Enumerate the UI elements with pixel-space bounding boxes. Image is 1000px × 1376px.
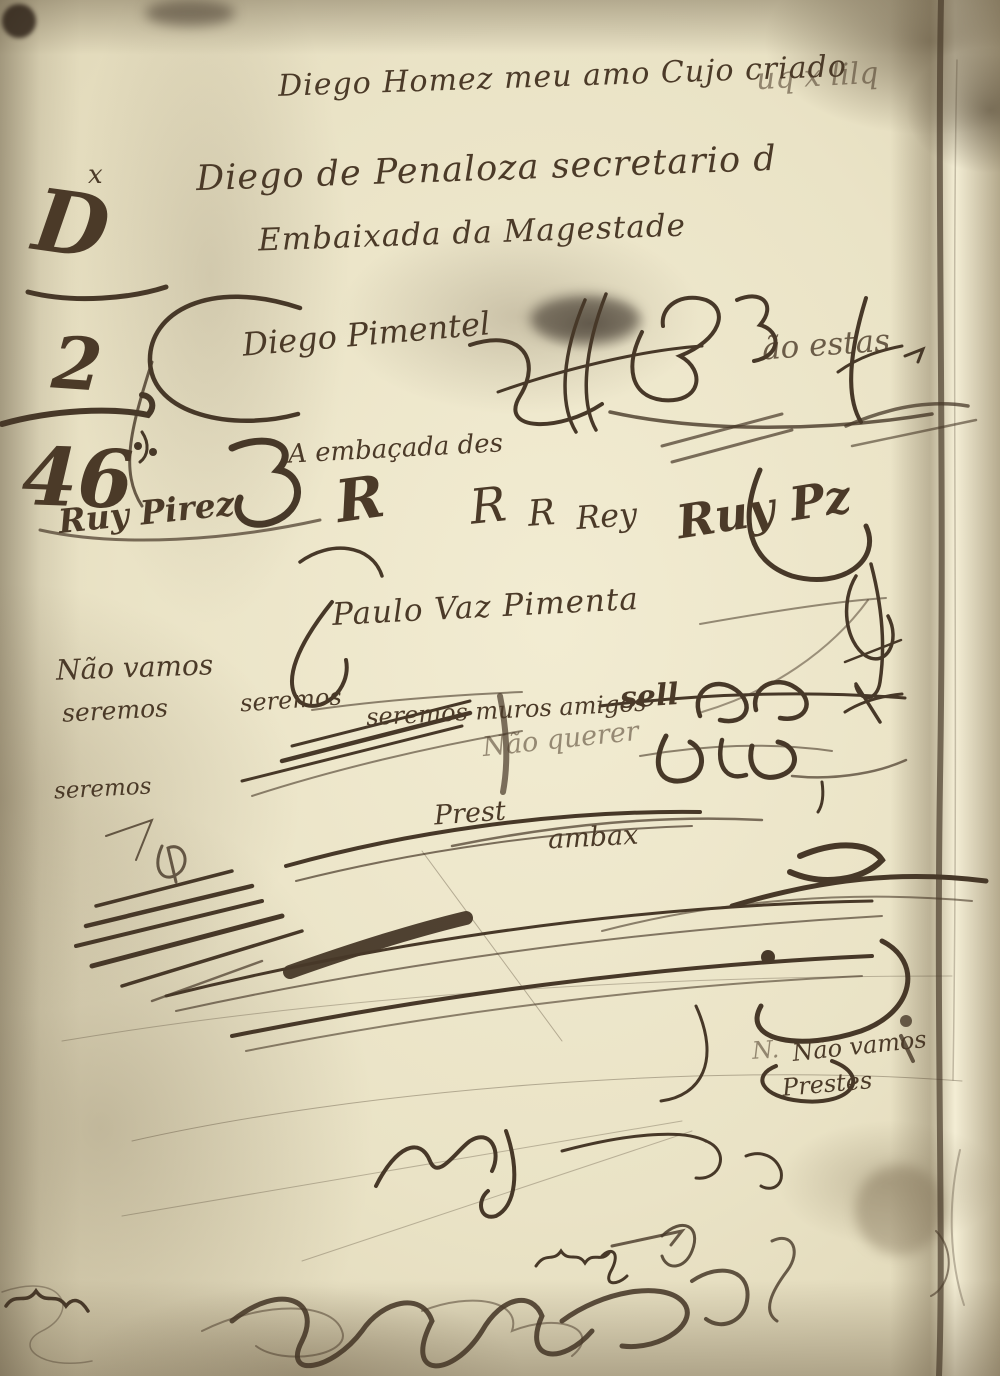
inscription-prest: Prest <box>433 798 506 830</box>
bottom-flourishes <box>2 1225 748 1365</box>
margin-mark-46: 46 <box>21 436 135 520</box>
figure-7-4 <box>106 820 185 882</box>
margin-mark-2: 2 <box>50 326 105 401</box>
inscription-practice-r3: R <box>527 495 557 533</box>
inscription-top-line-faint: uq x lilq <box>755 59 879 95</box>
inscription-practice-r2: R <box>468 480 509 532</box>
margin-mark-d: D <box>28 177 114 273</box>
nao-querer-loops <box>640 736 906 812</box>
inscription-sell: sell <box>619 680 680 714</box>
inscription-n-initial: N. <box>751 1037 780 1063</box>
inscription-practice-r1: R <box>332 467 388 531</box>
inscription-ao-estas: ão estas <box>761 326 891 366</box>
lower-scrawl <box>122 1075 962 1321</box>
inscription-seremos-3: seremos <box>53 775 152 803</box>
inscription-ambax: ambax <box>547 822 639 854</box>
pen-stroke-layer <box>0 0 1000 1376</box>
inscription-prestes: Prestes <box>781 1068 873 1100</box>
inscription-nao-vamos-1: Não vamos <box>56 651 214 684</box>
binding-crease <box>939 0 964 1376</box>
inscription-seremos-2: seremos <box>239 684 342 715</box>
inscription-rey: Rey <box>575 498 638 534</box>
manuscript-scan: Diego Homez meu amo Cujo criado uq x lil… <box>0 0 1000 1376</box>
inscription-seremos-1: seremos <box>61 695 168 726</box>
